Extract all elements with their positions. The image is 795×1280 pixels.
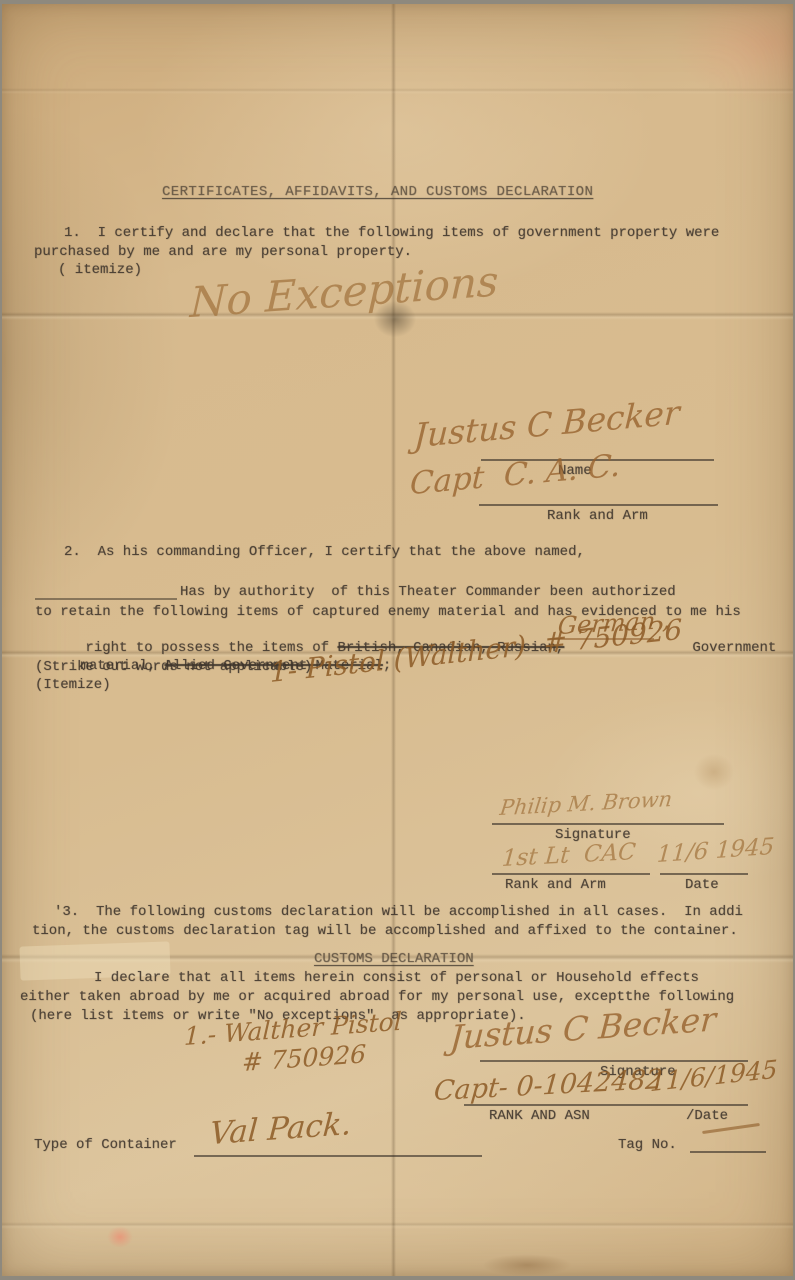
handwritten-name-signature-1: Justus C Becker [413,393,681,456]
photo-of-document: CERTIFICATES, AFFIDAVITS, AND CUSTOMS DE… [0,0,795,1280]
declaration-line1: I declare that all items herein consist … [94,970,699,987]
horizontal-fold-crease-2 [2,312,793,320]
pink-mark [107,1226,133,1248]
handwritten-date-2: 11/6 1945 [656,834,775,868]
section3-paragraph-line1: '3. The following customs declaration wi… [54,904,743,921]
possess-suffix: Government [692,640,776,656]
blank-name-line [35,598,177,600]
handwritten-rank-2: 1st Lt CAC [501,839,637,872]
date-underline-2 [660,873,748,875]
section2-itemize-note: (Itemize) [35,677,111,694]
customs-declaration-heading: CUSTOMS DECLARATION [314,951,474,968]
tag-no-underline [690,1151,766,1153]
handwritten-rank-asn: Capt- 0-1042482 [433,1064,665,1107]
container-underline [194,1155,482,1157]
paper-sheet: CERTIFICATES, AFFIDAVITS, AND CUSTOMS DE… [2,4,793,1276]
date-label-3: /Date [686,1108,728,1125]
rank-asn-underline [464,1104,748,1106]
section1-paragraph-line2: purchased by me and are my personal prop… [34,244,412,261]
handwritten-val-pack: Val Pack. [209,1106,353,1152]
section2-authority-line: Has by authority of this Theater Command… [180,584,676,601]
section1-itemize-note: ( itemize) [58,262,142,279]
declaration-line2: either taken abroad by me or acquired ab… [20,989,734,1006]
section2-paragraph: 2. As his commanding Officer, I certify … [64,544,585,561]
rank-underline [479,504,718,506]
handwritten-rank-signature-1: Capt C. A. C. [409,447,621,502]
rank-and-arm-label-2: Rank and Arm [505,877,606,894]
signature-underline-2 [492,823,724,825]
type-of-container-label: Type of Container [34,1137,177,1154]
date-label-2: Date [685,877,719,894]
rank-and-arm-label: Rank and Arm [547,508,648,525]
bottom-stain [482,1254,572,1276]
horizontal-fold-crease-5 [2,1222,793,1229]
horizontal-fold-crease-1 [2,88,793,94]
right-blotch [692,752,736,792]
section3-paragraph-line2: tion, the customs declaration tag will b… [32,923,738,940]
rank-underline-2 [492,873,650,875]
section1-paragraph-line1: 1. I certify and declare that the follow… [64,225,719,242]
document-title: CERTIFICATES, AFFIDAVITS, AND CUSTOMS DE… [162,184,593,201]
handwritten-signature-brown: Philip M. Brown [499,787,674,820]
tag-no-label: Tag No. [618,1137,677,1154]
rank-and-asn-label: RANK AND ASN [489,1108,590,1125]
